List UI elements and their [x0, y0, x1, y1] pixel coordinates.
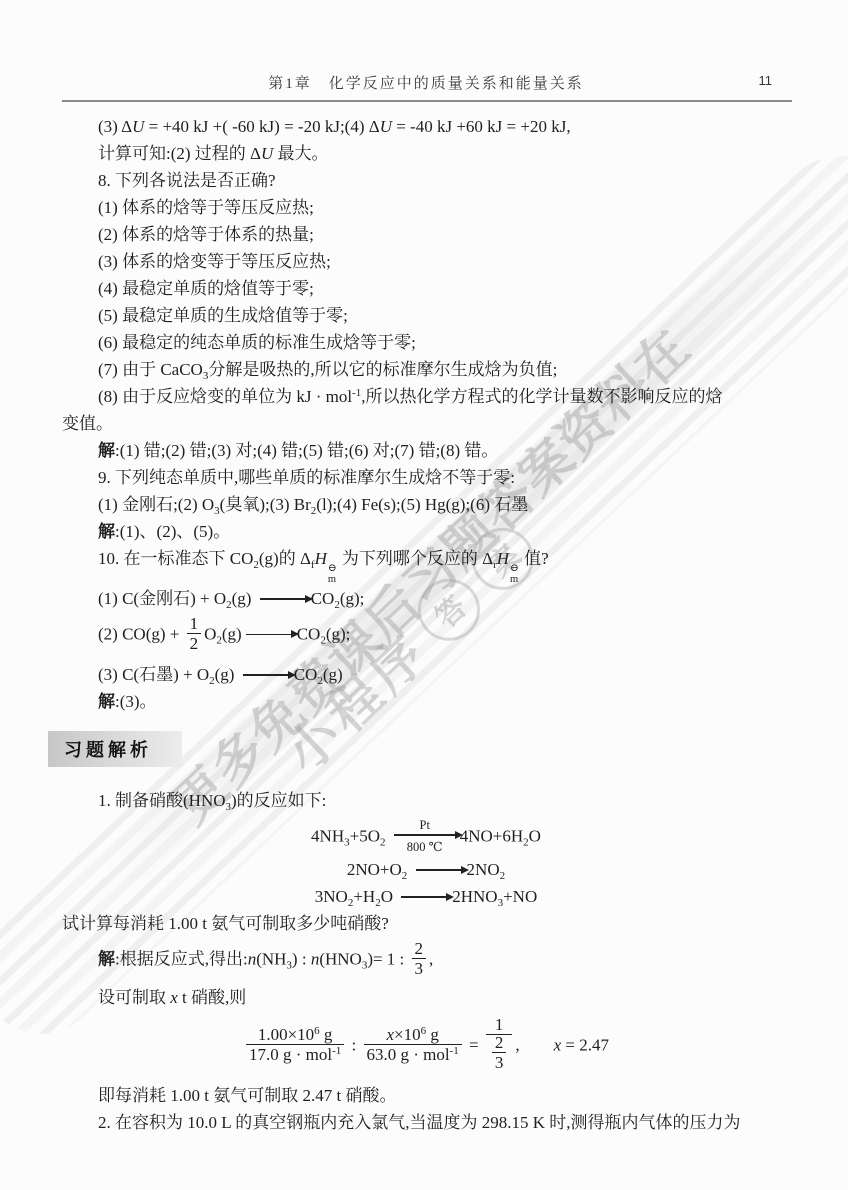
section-header-row: 习题解析 — [62, 715, 790, 787]
standard-state-symbol: ⊖m — [510, 563, 519, 585]
fraction: 23 — [492, 1033, 507, 1072]
reaction-arrow-icon — [260, 598, 306, 600]
text-line: (5) 最稳定单质的生成焓值等于零; — [62, 302, 790, 329]
text-line: 即每消耗 1.00 t 氨气可制取 2.47 t 硝酸。 — [62, 1082, 790, 1109]
text-line: (2) 体系的焓等于体系的热量; — [62, 221, 790, 248]
fraction: 1.00×106 g17.0 g · mol-1 — [246, 1025, 344, 1064]
text-line: (4) 最稳定单质的焓值等于零; — [62, 275, 790, 302]
text-line: 9. 下列纯态单质中,哪些单质的标准摩尔生成焓不等于零: — [62, 464, 790, 491]
reaction-arrow-icon — [416, 869, 462, 871]
text-line: 2NO+O2 2NO2 — [62, 856, 790, 883]
text-line: 设可制取 x t 硝酸,则 — [62, 984, 790, 1011]
text-line: 解:(1)、(2)、(5)。 — [62, 518, 790, 545]
fraction: 123 — [486, 1015, 513, 1074]
text-line: 3NO2+H2O 2HNO3+NO — [62, 883, 790, 910]
text-line: 解:(3)。 — [62, 688, 790, 715]
text-line: (3) ΔU = +40 kJ +( -60 kJ) = -20 kJ;(4) … — [62, 113, 790, 140]
text-line: (8) 由于反应焓变的单位为 kJ · mol-1,所以热化学方程式的化学计量数… — [62, 383, 790, 410]
reaction-arrow-icon — [246, 634, 292, 636]
text-line: (1) C(金刚石) + O2(g) CO2(g); — [62, 585, 790, 612]
reaction-arrow-icon — [243, 674, 289, 676]
text-line: 10. 在一标准态下 CO2(g)的 ΔfH⊖m 为下列哪个反应的 ΔrH⊖m … — [62, 545, 790, 585]
text-line: (1) 体系的焓等于等压反应热; — [62, 194, 790, 221]
page-header: 第1章 化学反应中的质量关系和能量关系 11 — [62, 72, 790, 94]
fraction: 23 — [412, 939, 427, 978]
standard-state-symbol: ⊖m — [328, 563, 337, 585]
text-line: 计算可知:(2) 过程的 ΔU 最大。 — [62, 140, 790, 167]
text-line: (3) 体系的焓变等于等压反应热; — [62, 248, 790, 275]
text-line: 解:(1) 错;(2) 错;(3) 对;(4) 错;(5) 错;(6) 对;(7… — [62, 437, 790, 464]
text-line: (3) C(石墨) + O2(g) CO2(g) — [62, 661, 790, 688]
text-line: (6) 最稳定的纯态单质的标准生成焓等于零; — [62, 329, 790, 356]
text-line: (7) 由于 CaCO3分解是吸热的,所以它的标准摩尔生成焓为负值; — [62, 356, 790, 383]
text-line: 变值。 — [62, 410, 790, 437]
content: (3) ΔU = +40 kJ +( -60 kJ) = -20 kJ;(4) … — [62, 113, 790, 1136]
header-rule — [62, 100, 792, 102]
section-header: 习题解析 — [48, 731, 182, 767]
text-line: 1.00×106 g17.0 g · mol-1 : x×106 g63.0 g… — [62, 1017, 790, 1076]
text-line: (2) CO(g) + 12O2(g)CO2(g); — [62, 616, 790, 655]
fraction: x×106 g63.0 g · mol-1 — [364, 1025, 462, 1064]
text-line: 解:根据反应式,得出:n(NH3) : n(HNO3)= 1 : 23, — [62, 941, 790, 980]
text-line: 8. 下列各说法是否正确? — [62, 167, 790, 194]
text-line: 1. 制备硝酸(HNO3)的反应如下: — [62, 787, 790, 814]
labeled-reaction-arrow: Pt800 ℃ — [394, 818, 456, 854]
reaction-arrow-icon — [401, 896, 447, 898]
fraction: 12 — [187, 614, 202, 653]
text-line: (1) 金刚石;(2) O3(臭氧);(3) Br2(l);(4) Fe(s);… — [62, 491, 790, 518]
text-line: 4NH3+5O2 Pt800 ℃4NO+6H2O — [62, 820, 790, 856]
text-line: 试计算每消耗 1.00 t 氨气可制取多少吨硝酸? — [62, 910, 790, 937]
text-line: 2. 在容积为 10.0 L 的真空钢瓶内充入氯气,当温度为 298.15 K … — [62, 1109, 790, 1136]
page-number: 11 — [759, 73, 773, 88]
book-page: 更多免费课后习题答案资料在 小程序 答 案 第1章 化学反应中的质量关系和能量关… — [0, 0, 848, 1190]
reaction-arrow-icon — [394, 834, 456, 836]
chapter-title: 第1章 化学反应中的质量关系和能量关系 — [62, 72, 790, 93]
